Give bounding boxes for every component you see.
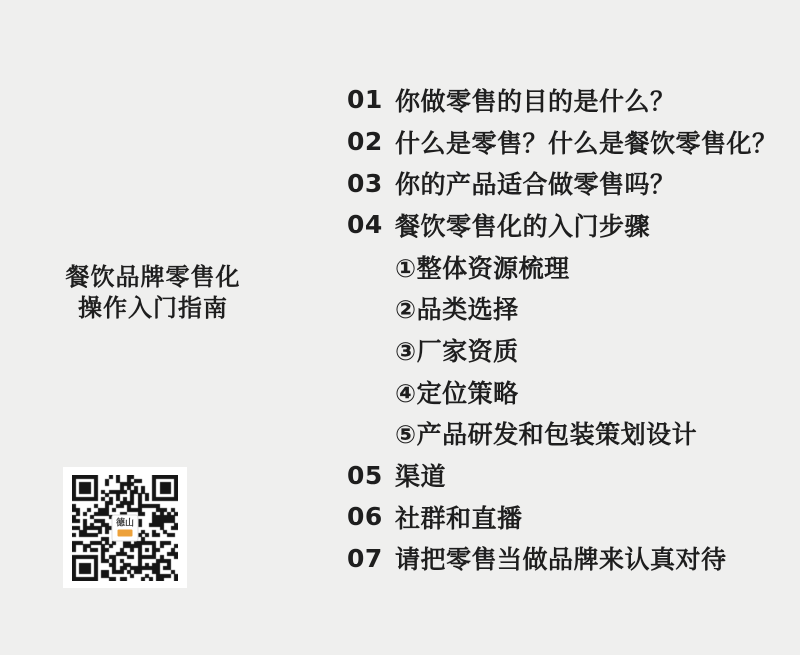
toc-item: ②品类选择: [347, 287, 778, 329]
toc-item-label: ④定位策略: [395, 374, 519, 410]
booklet-title: 餐饮品牌零售化 操作入门指南: [53, 262, 253, 324]
qr-logo-mark: [118, 530, 133, 537]
toc-item-label: ③厂家资质: [395, 332, 519, 368]
toc-item-number: 03: [347, 169, 395, 198]
qr-center-logo: 德山: [112, 514, 139, 541]
toc-item-label: 什么是零售？什么是餐饮零售化？: [395, 124, 778, 160]
toc-item: 02什么是零售？什么是餐饮零售化？: [347, 121, 778, 163]
qr-code: 德山: [63, 467, 187, 588]
toc-item: 01你做零售的目的是什么？: [347, 79, 778, 121]
toc-item-number: 01: [347, 85, 395, 114]
toc-item-label: 请把零售当做品牌来认真对待: [395, 540, 727, 576]
toc-item-label: 你的产品适合做零售吗？: [395, 165, 676, 201]
toc-item-label: ②品类选择: [395, 290, 519, 326]
toc-item-label: 社群和直播: [395, 499, 523, 535]
booklet-title-line1: 餐饮品牌零售化: [53, 262, 253, 293]
qr-logo-text: 德山: [116, 519, 134, 529]
toc-item: ①整体资源梳理: [347, 246, 778, 288]
toc-item: 06社群和直播: [347, 496, 778, 538]
toc-item-label: 渠道: [395, 457, 446, 493]
booklet-title-line2: 操作入门指南: [53, 293, 253, 324]
toc-item-label: ⑤产品研发和包装策划设计: [395, 415, 697, 451]
toc-item: ③厂家资质: [347, 329, 778, 371]
toc-item-label: ①整体资源梳理: [395, 249, 570, 285]
table-of-contents: 01你做零售的目的是什么？02什么是零售？什么是餐饮零售化？03你的产品适合做零…: [347, 79, 778, 579]
toc-item: 04餐饮零售化的入门步骤: [347, 204, 778, 246]
toc-item: ④定位策略: [347, 371, 778, 413]
toc-item: 07请把零售当做品牌来认真对待: [347, 538, 778, 580]
toc-item-number: 06: [347, 502, 395, 531]
toc-item-number: 04: [347, 210, 395, 239]
toc-item: ⑤产品研发和包装策划设计: [347, 413, 778, 455]
toc-item-number: 05: [347, 461, 395, 490]
toc-item-number: 02: [347, 127, 395, 156]
toc-item-label: 餐饮零售化的入门步骤: [395, 207, 650, 243]
page: 餐饮品牌零售化 操作入门指南 德山 01你做零售的目的是什么？02什么是零售？什…: [0, 0, 800, 655]
toc-item-label: 你做零售的目的是什么？: [395, 82, 676, 118]
toc-item: 03你的产品适合做零售吗？: [347, 162, 778, 204]
toc-item: 05渠道: [347, 454, 778, 496]
toc-item-number: 07: [347, 544, 395, 573]
